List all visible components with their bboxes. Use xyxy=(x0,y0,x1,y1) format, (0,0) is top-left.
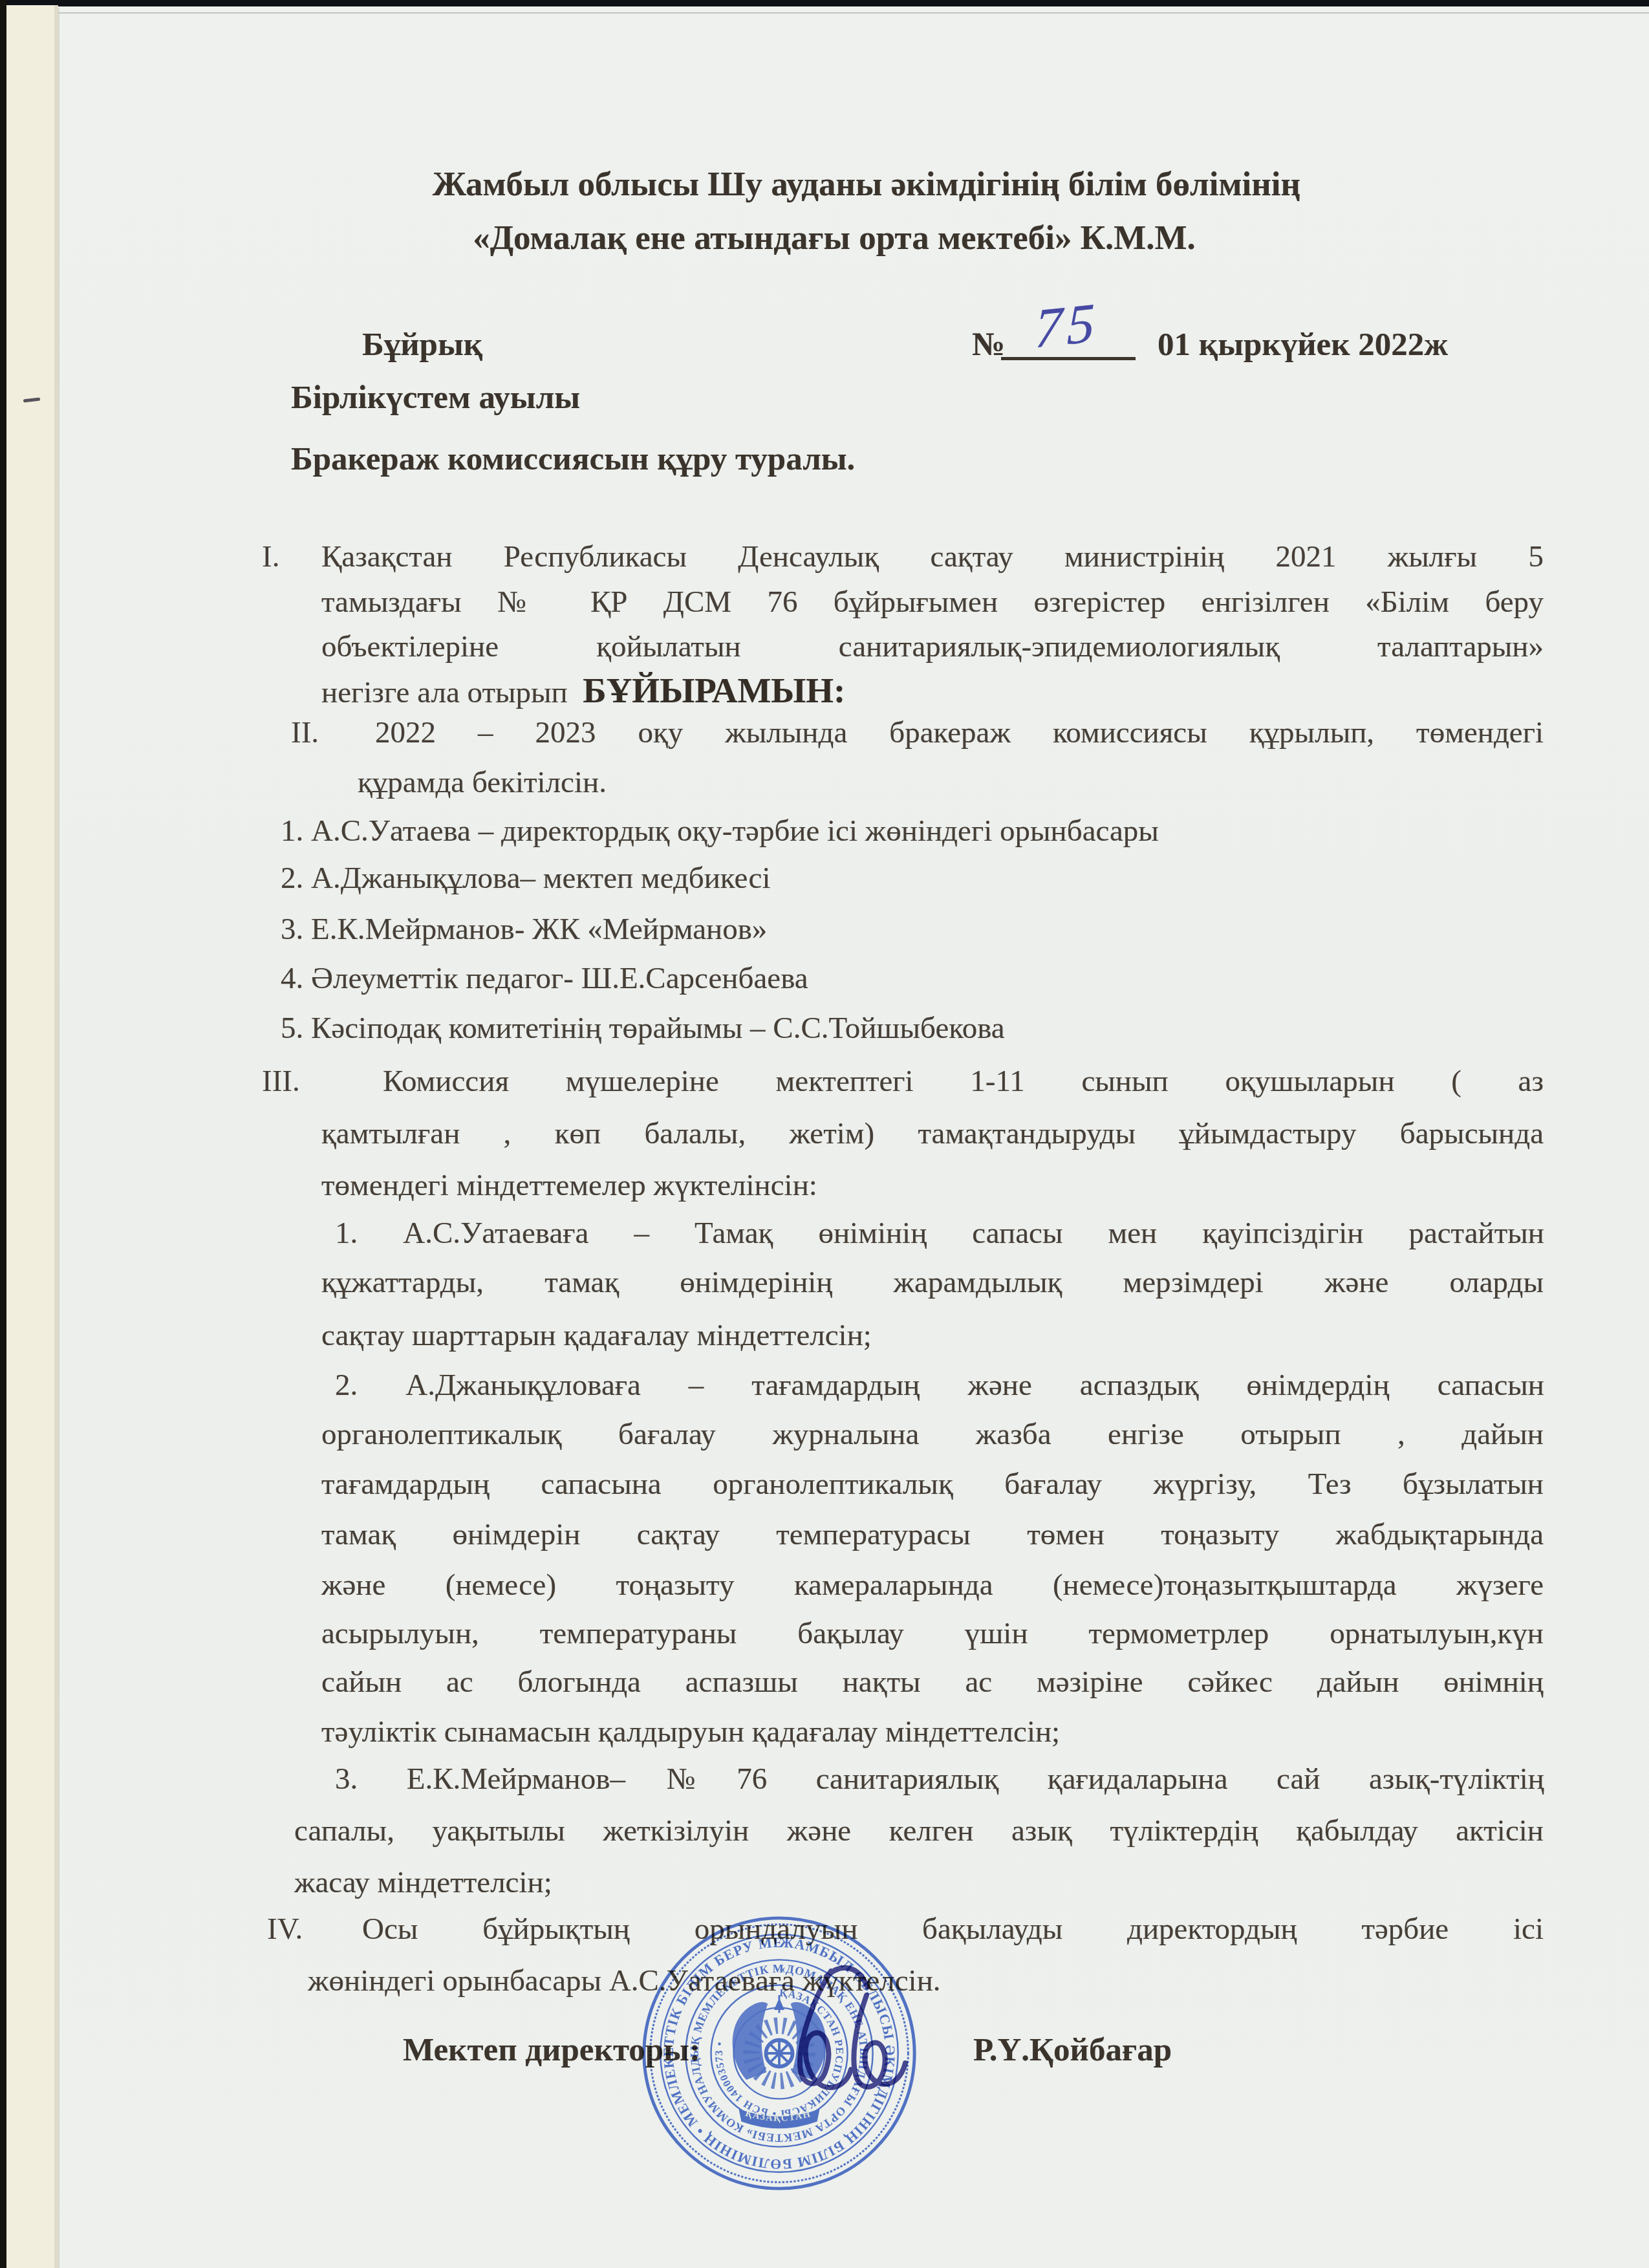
section-3-marker: III. xyxy=(262,1061,300,1101)
member-item: 5. Кәсіподақ комитетінің төрайымы – С.С.… xyxy=(281,1008,1005,1048)
duty-line: жасау міндеттелсін; xyxy=(294,1863,552,1903)
duty-line: және (немесе) тоңазыту камераларында (не… xyxy=(321,1565,1544,1605)
paper-left-edge-line xyxy=(58,8,59,2268)
signature-scribble xyxy=(750,1960,931,2108)
subject-line: Бракераж комиссиясын құру туралы. xyxy=(291,438,855,480)
duty-line: органолептикалық бағалау журналына жазба… xyxy=(321,1414,1544,1454)
section-2-marker: II. xyxy=(291,713,319,753)
order-label: Бұйрық xyxy=(362,324,482,365)
order-number-underline xyxy=(1001,357,1136,360)
paragraph-line: Комиссия мүшелеріне мектептегі 1-11 сыны… xyxy=(383,1061,1544,1101)
scanner-edge-top xyxy=(0,0,1649,6)
paragraph-line: Қазақстан Республикасы Денсаулық сақтау … xyxy=(321,537,1544,577)
member-item: 2. А.Джанықұлова– мектеп медбикесі xyxy=(281,858,771,898)
village-line: Бірлікүстем ауылы xyxy=(291,377,580,418)
resolve-word: БҰЙЫРАМЫН: xyxy=(583,671,845,710)
order-date: 01 қыркүйек 2022ж xyxy=(1158,324,1448,365)
director-name: Р.Ү.Қойбағар xyxy=(973,2029,1172,2071)
duty-line: 1. А.С.Уатаеваға – Тамақ өнімінің сапасы… xyxy=(335,1213,1544,1253)
duty-line: сайын ас блогында аспазшы нақты ас мәзір… xyxy=(321,1662,1544,1702)
paragraph-line: қамтылған , көп балалы, жетім) тамақтанд… xyxy=(321,1114,1544,1154)
section-4-marker: IV. xyxy=(267,1909,303,1949)
doc-title-line-1: Жамбыл облысы Шу ауданы әкімдігінің білі… xyxy=(297,162,1436,206)
order-number-sign: № xyxy=(972,324,1005,365)
paragraph-line: 2022 – 2023 оқу жылында бракераж комисси… xyxy=(375,713,1544,753)
scanned-document: Жамбыл облысы Шу ауданы әкімдігінің білі… xyxy=(0,0,1649,2268)
paragraph-line: негізге ала отырып БҰЙЫРАМЫН: xyxy=(321,671,845,713)
paragraph-line: төмендегі міндеттемелер жүктелінсін: xyxy=(321,1165,817,1205)
doc-title-line-2: «Домалақ ене атындағы орта мектебі» К.М.… xyxy=(259,216,1410,260)
paragraph-line: тамыздағы № ҚР ДСМ 76 бұйрығымен өзгеріс… xyxy=(321,582,1544,622)
section-1-marker: I. xyxy=(262,537,279,577)
resolve-lead: негізге ала отырып xyxy=(321,676,568,709)
duty-line: құжаттарды, тамақ өнімдерінің жарамдылық… xyxy=(321,1262,1544,1302)
member-item: 3. Е.К.Мейрманов- ЖК «Мейрманов» xyxy=(281,909,767,949)
member-item: 1. А.С.Уатаева – директордық оқу-тәрбие … xyxy=(281,811,1159,851)
paragraph-line: объектілеріне қойылатын санитариялық-эпи… xyxy=(321,627,1544,667)
member-item: 4. Әлеуметтік педагог- Ш.Е.Сарсенбаева xyxy=(281,958,808,999)
duty-line: сақтау шарттарын қадағалау міндеттелсін; xyxy=(321,1315,872,1355)
second-sheet-edge xyxy=(6,5,58,2268)
scanner-edge-left xyxy=(0,0,6,2268)
duty-line: 2. А.Джанықұловаға – тағамдардың және ас… xyxy=(335,1365,1544,1405)
handwritten-order-number: 75 xyxy=(1034,292,1099,358)
paragraph-line: Осы бұйрықтың орындалуын бақылауды дирек… xyxy=(362,1909,1544,1949)
duty-line: тәуліктік сынамасын қалдыруын қадағалау … xyxy=(321,1712,1060,1752)
paragraph-line: құрамда бекітілсін. xyxy=(358,762,607,803)
duty-line: сапалы, уақытылы жеткізілуін және келген… xyxy=(294,1811,1544,1851)
duty-line: тамақ өнімдерін сақтау температурасы төм… xyxy=(321,1515,1544,1555)
paper-top-edge-line xyxy=(58,12,1649,14)
duty-line: 3. Е.К.Мейрманов–№76 санитариялық қағида… xyxy=(335,1759,1544,1799)
duty-line: тағамдардың сапасына органолептикалық ба… xyxy=(321,1464,1544,1504)
duty-line: асырылуын, температураны бақылау үшін те… xyxy=(321,1614,1544,1654)
